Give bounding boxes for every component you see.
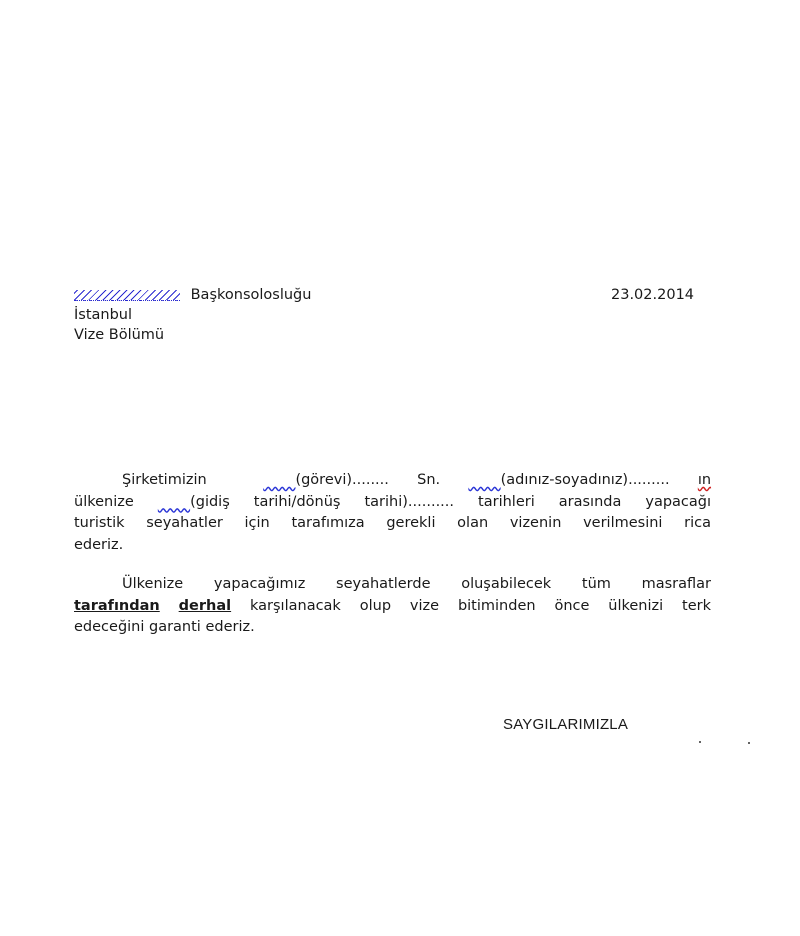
paragraph1-line1: Şirketimizin .......(görevi)........ Sn.… <box>74 470 711 492</box>
position-blank[interactable]: ....... <box>263 472 295 488</box>
stray-dot <box>699 741 701 743</box>
stray-dot <box>748 742 750 744</box>
date: 23.02.2014 <box>611 287 694 303</box>
guarantee-paragraph: Ülkenize yapacağımız seyahatlerde oluşab… <box>74 574 711 639</box>
department: Vize Bölümü <box>74 327 164 343</box>
dates-label: (gidiş tarihi/dönüş tarihi) <box>190 494 408 510</box>
city: İstanbul <box>74 307 132 323</box>
paragraph2-line1: Ülkenize yapacağımız seyahatlerde oluşab… <box>74 574 711 596</box>
bold-underlined-word: derhal <box>179 598 231 614</box>
consulate-label: Başkonsolosluğu <box>191 287 312 303</box>
consulate-line: Başkonsolosluğu <box>74 287 311 303</box>
paragraph1-line2: ülkenize .......(gidiş tarihi/dönüş tari… <box>74 492 711 514</box>
suffix-misspelled: ın <box>698 472 711 488</box>
request-paragraph: Şirketimizin .......(görevi)........ Sn.… <box>74 470 711 556</box>
bold-underlined-word: tarafından <box>74 598 160 614</box>
consulate-name-blank[interactable] <box>74 290 180 301</box>
paragraph1-line4: ederiz. <box>74 535 711 557</box>
name-blank[interactable]: ....... <box>468 472 500 488</box>
paragraph1-line3: turistik seyahatler için tarafımıza gere… <box>74 513 711 535</box>
paragraph2-line2: tarafından derhal karşılanacak olup vize… <box>74 596 711 618</box>
dates-blank[interactable]: ....... <box>158 494 190 510</box>
name-label: (adınız-soyadınız) <box>501 472 628 488</box>
paragraph2-line3: edeceğini garanti ederiz. <box>74 617 711 639</box>
position-label: (görevi) <box>295 472 352 488</box>
signature-closing: SAYGILARIMIZLA <box>503 716 628 733</box>
